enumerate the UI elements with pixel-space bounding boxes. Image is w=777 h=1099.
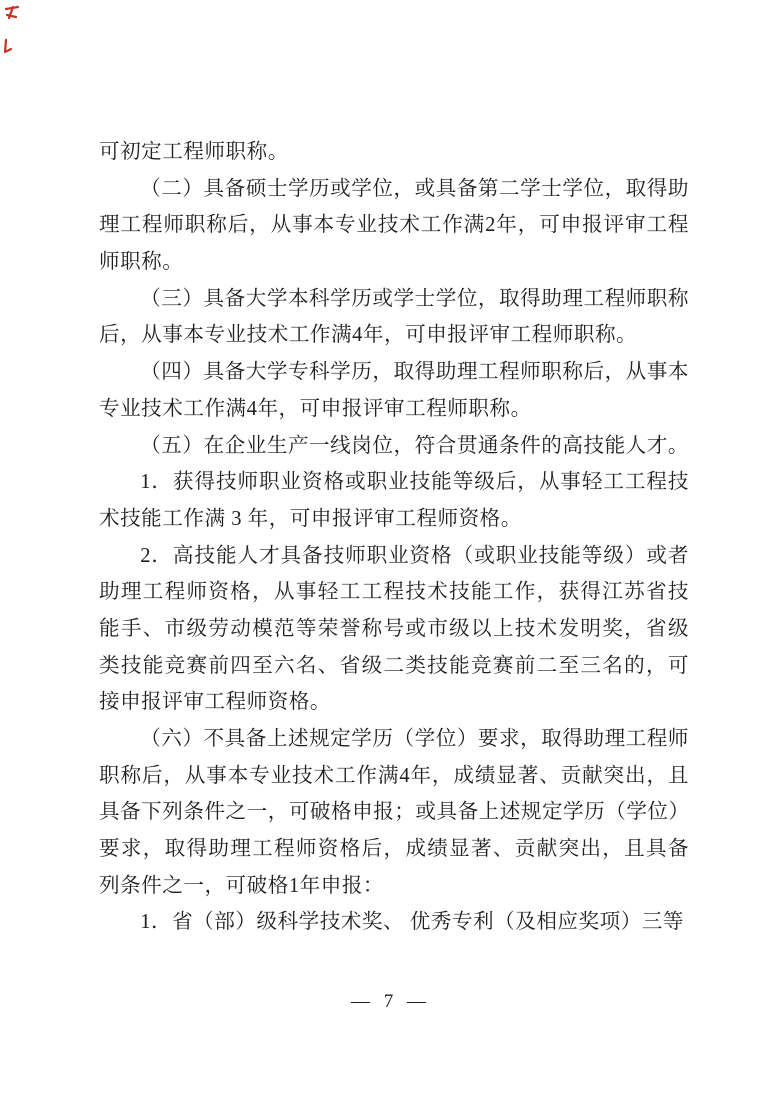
red-mark-icon — [1, 38, 13, 56]
text-line: 2．高技能人才具备技师职业资格（或职业技能等级）或者 — [99, 538, 689, 575]
text-line: 术技能工作满 3 年，可申报评审工程师资格。 — [99, 501, 689, 538]
document-page: 可初定工程师职称。（二）具备硕士学历或学位，或具备第二学士学位，取得助理工程师职… — [0, 0, 777, 1099]
text-line: 职称后，从事本专业技术工作满4年，成绩显著、贡献突出，且 — [99, 758, 689, 795]
text-line: 1．获得技师职业资格或职业技能等级后，从事轻工工程技 — [99, 464, 689, 501]
text-line: 理工程师职称后，从事本专业技术工作满2年，可申报评审工程 — [99, 207, 689, 244]
text-line: 1．省（部）级科学技术奖、 优秀专利（及相应奖项）三等 — [99, 904, 689, 941]
red-pen-annotation — [0, 0, 30, 70]
page-number: — 7 — — [351, 991, 426, 1012]
text-line: 师职称。 — [99, 244, 689, 281]
text-line: 助理工程师资格，从事轻工工程技术技能工作，获得江苏省技术 — [99, 574, 689, 611]
text-line: 列条件之一，可破格1年申报： — [99, 868, 689, 905]
text-line: （四）具备大学专科学历，取得助理工程师职称后，从事本 — [99, 354, 689, 391]
text-line: 要求，取得助理工程师资格后，成绩显著、贡献突出，且具备下 — [99, 831, 689, 868]
text-line: 具备下列条件之一，可破格申报；或具备上述规定学历（学位） — [99, 794, 689, 831]
page-footer: — 7 — — [0, 990, 777, 1014]
text-line: （六）不具备上述规定学历（学位）要求，取得助理工程师 — [99, 721, 689, 758]
text-line: 接申报评审工程师资格。 — [99, 684, 689, 721]
text-line: 类技能竞赛前四至六名、省级二类技能竞赛前二至三名的，可直 — [99, 648, 689, 685]
text-line: （二）具备硕士学历或学位，或具备第二学士学位，取得助 — [99, 171, 689, 208]
text-line: 可初定工程师职称。 — [99, 134, 689, 171]
text-line: （三）具备大学本科学历或学士学位，取得助理工程师职称 — [99, 281, 689, 318]
text-line: 能手、市级劳动模范等荣誉称号或市级以上技术发明奖，省级一 — [99, 611, 689, 648]
red-mark-icon — [4, 5, 22, 21]
text-line: 专业技术工作满4年，可申报评审工程师职称。 — [99, 391, 689, 428]
document-body: 可初定工程师职称。（二）具备硕士学历或学位，或具备第二学士学位，取得助理工程师职… — [99, 134, 689, 941]
text-line: （五）在企业生产一线岗位，符合贯通条件的高技能人才。 — [99, 428, 689, 465]
text-line: 后，从事本专业技术工作满4年，可申报评审工程师职称。 — [99, 317, 689, 354]
